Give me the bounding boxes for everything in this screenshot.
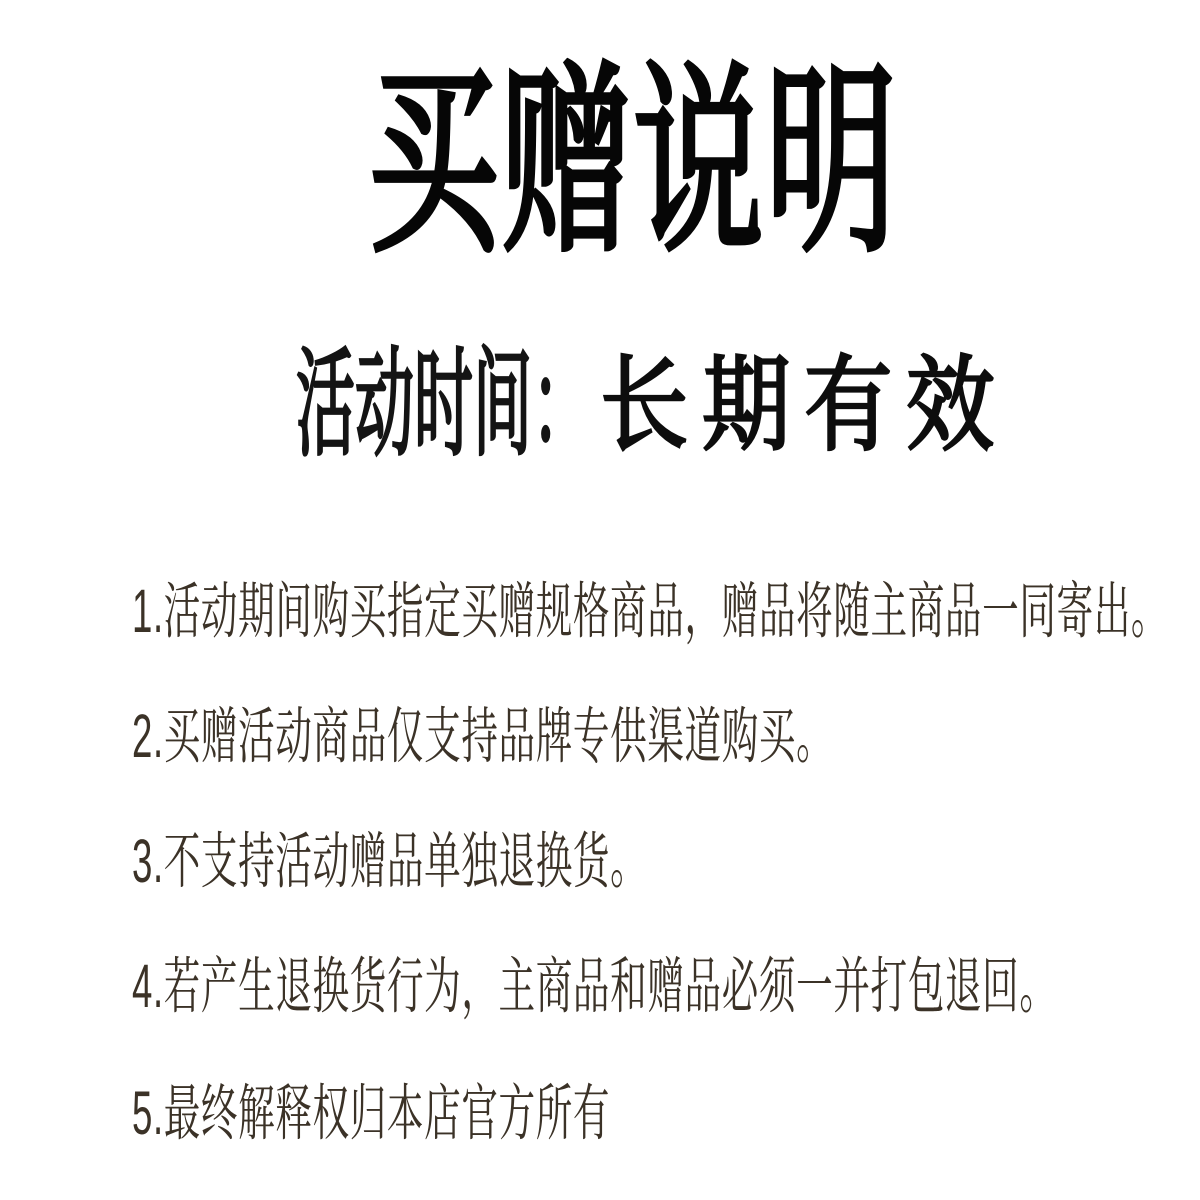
note-item-1: 1.活动期间购买指定买赠规格商品，赠品将随主商品一同寄出。 xyxy=(132,576,1168,646)
note-item-4: 4.若产生退换货行为，主商品和赠品必须一并打包退回。 xyxy=(132,951,1057,1021)
buy-gift-notice: 买赠说明 活动时间： 长期有效 1.活动期间购买指定买赠规格商品，赠品将随主商品… xyxy=(0,0,1200,1200)
note-item-2: 2.买赠活动商品仅支持品牌专供渠道购买。 xyxy=(132,701,833,771)
activity-time-label: 活动时间： xyxy=(296,342,591,469)
page-title: 买赠说明 xyxy=(368,48,898,278)
note-item-5: 5.最终解释权归本店官方所有 xyxy=(132,1078,610,1148)
note-item-3: 3.不支持活动赠品单独退换货。 xyxy=(132,826,647,896)
activity-time-value: 长期有效 xyxy=(600,350,1008,464)
